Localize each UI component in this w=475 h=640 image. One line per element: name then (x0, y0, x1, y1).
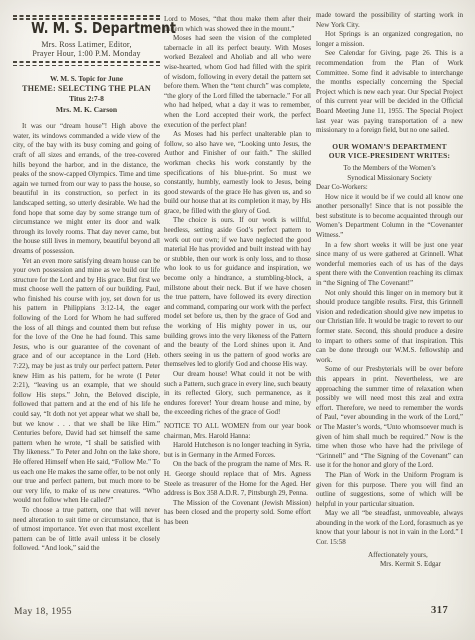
paragraph: May we all “be steadfast, unmoveable, al… (316, 509, 463, 547)
paragraph: In a few short weeks it will be just one… (316, 241, 463, 289)
paragraph: Not only should this linger on in memory… (316, 289, 463, 366)
paragraph: The Mission of the Covenant (Jewish Miss… (164, 499, 311, 528)
paragraph: See Calendar for Giving, page 26. This i… (316, 49, 463, 135)
paragraph: On the back of the program the name of M… (164, 460, 311, 498)
column-left: W. M. S. Department Mrs. Ross Latimer, E… (13, 13, 160, 605)
address-lines: To the Members of the Women’s Synodical … (316, 164, 463, 183)
issue-date: May 18, 1955 (14, 607, 72, 617)
paragraph: How nice it would be if we could all kno… (316, 193, 463, 241)
department-title: W. M. S. Department (13, 24, 160, 37)
paragraph: As Moses had his perfect unalterable pla… (164, 130, 311, 216)
paragraph: The choice is ours. If our work is willf… (164, 216, 311, 370)
paragraph: The Plan of Work in the Uniform Program … (316, 471, 463, 509)
paragraph: Yet an even more satisfying dream house … (13, 257, 160, 506)
signature-name: Mrs. Kermit S. Edgar (316, 560, 463, 570)
section-heading: OUR WOMAN’S DEPARTMENT OUR VICE-PRESIDEN… (316, 142, 463, 161)
topic-block: W. M. S. Topic for June THEME: SELECTING… (13, 74, 160, 115)
paragraph: Hot Springs is an organized congregation… (316, 30, 463, 49)
paragraph: Harold Hutcheson is no longer teaching i… (164, 441, 311, 460)
topic-label: W. M. S. Topic for June (13, 74, 160, 84)
column-middle: Lord to Moses, “that thou make them afte… (164, 15, 311, 605)
paragraph: Lord to Moses, “that thou make them afte… (164, 15, 311, 34)
prayer-hour-line: Prayer Hour, 1:00 P.M. Monday (13, 49, 160, 59)
scripture-reference: Titus 2:7-8 (13, 94, 160, 105)
paragraph: Moses had seen the vision of the complet… (164, 34, 311, 130)
editor-line: Mrs. Ross Latimer, Editor, (13, 40, 160, 50)
notice-paragraph: NOTICE TO ALL WOMEN from our year book c… (164, 422, 311, 441)
page-number: 317 (431, 605, 448, 616)
ornament-rule-bottom (13, 61, 160, 66)
closing-line: Affectionately yours, (316, 551, 463, 561)
column-right: made toward the possibility of starting … (316, 11, 463, 605)
department-title-text: W. M. S. Department (31, 24, 176, 34)
page: W. M. S. Department Mrs. Ross Latimer, E… (0, 0, 475, 640)
topic-theme: THEME: SELECTING THE PLAN (13, 84, 160, 95)
paragraph: made toward the possibility of starting … (316, 11, 463, 30)
paragraph: Some of our Presbyterials will be over b… (316, 365, 463, 471)
paragraph: Our dream house! What could it not be wi… (164, 370, 311, 418)
paragraph: It was our “dream house”! High above the… (13, 122, 160, 256)
salutation: Dear Co-Workers: (316, 183, 463, 193)
masthead: W. M. S. Department Mrs. Ross Latimer, E… (13, 15, 160, 115)
paragraph: To choose a true pattern, one that will … (13, 506, 160, 554)
topic-author: Mrs. M. K. Carson (13, 105, 160, 116)
